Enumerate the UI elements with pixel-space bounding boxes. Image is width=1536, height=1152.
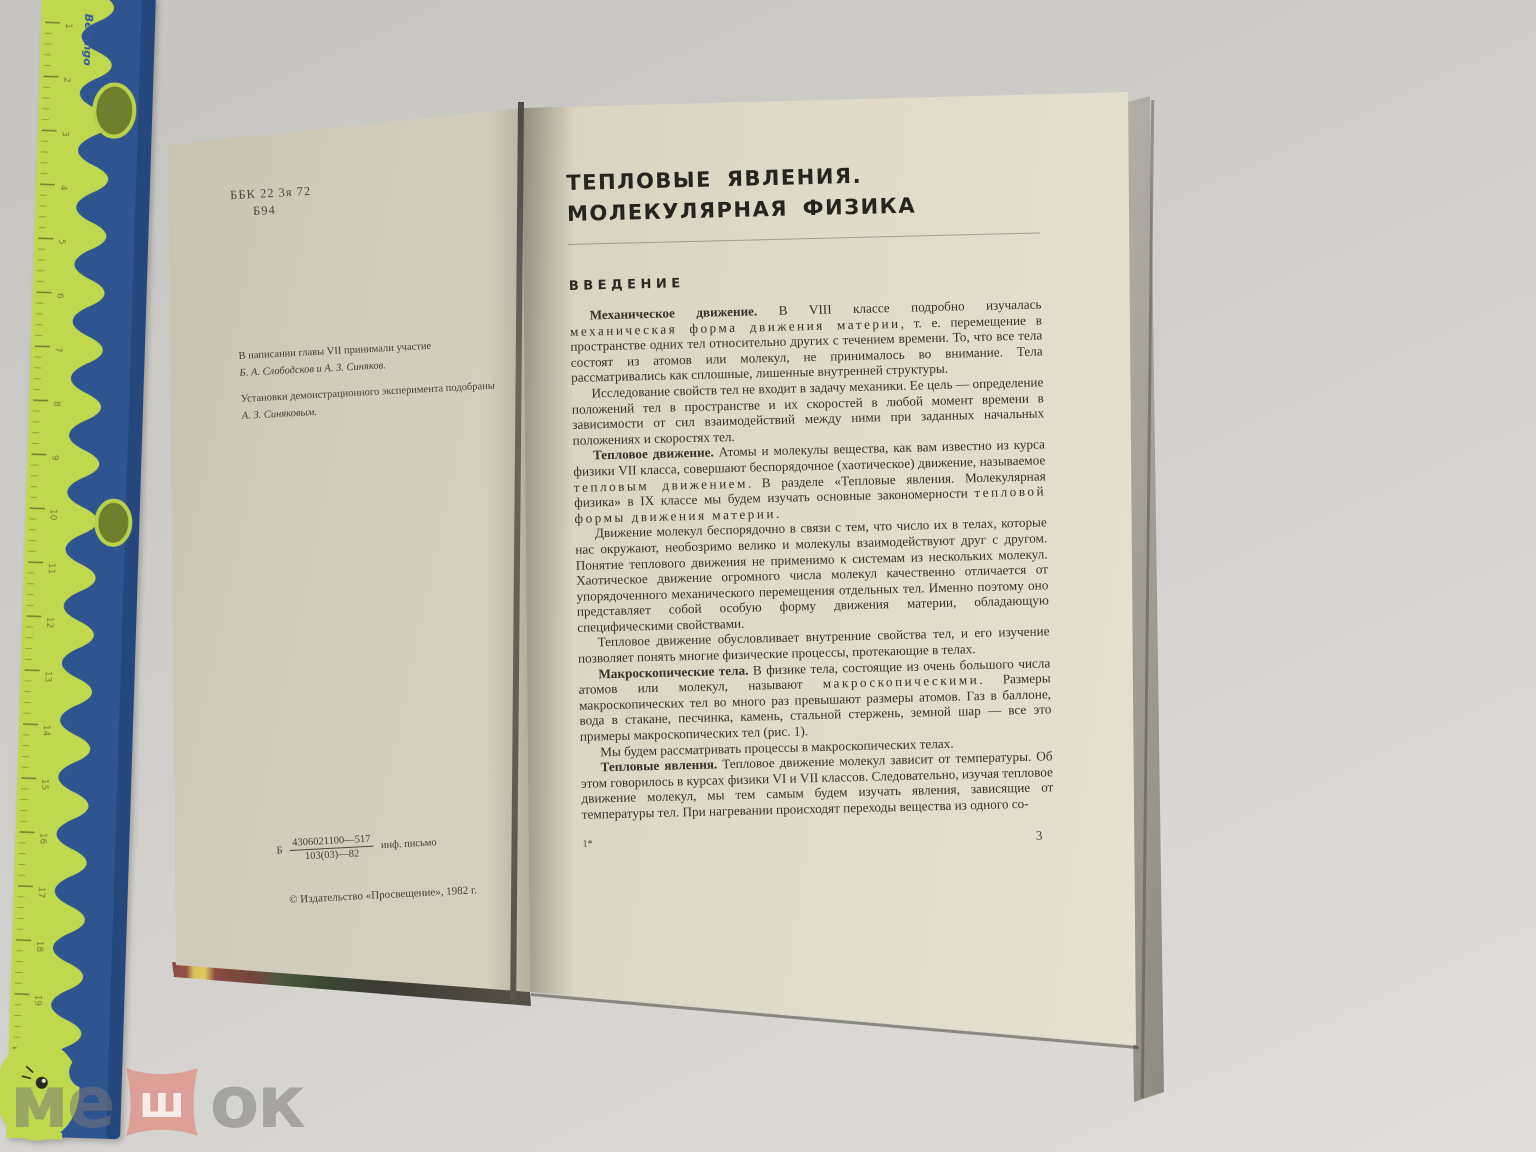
photo-scene: ББК 22 3я 72 Б94 В написании главы VII п… bbox=[0, 0, 1536, 1152]
paragraph: Движение молекул беспорядочно в связи с … bbox=[575, 515, 1050, 636]
watermark-bag-letter: ш bbox=[139, 1078, 185, 1128]
right-page-gutter-shade bbox=[522, 88, 574, 1050]
right-page-paragraph-list: Механическое движение. В VIII классе под… bbox=[569, 296, 1053, 822]
bbk-line2: Б94 bbox=[253, 201, 313, 219]
watermark-text-right: ок bbox=[210, 1054, 304, 1150]
right-page: ТЕПЛОВЫЕ ЯВЛЕНИЯ. МОЛЕКУЛЯРНАЯ ФИЗИКА ВВ… bbox=[522, 88, 1140, 1050]
imprint-block: Б 4306021100—517 103(03)—82 инф. письмо bbox=[276, 830, 437, 863]
bbk-line1: ББК 22 3я 72 bbox=[230, 184, 312, 203]
ruler-scale-number: 2 bbox=[61, 77, 71, 83]
paragraph: Тепловые явления. Тепловое движение моле… bbox=[580, 749, 1053, 823]
text-run: Движение молекул беспорядочно в связи с … bbox=[575, 515, 1049, 635]
ruler-brand-label: Berlingo bbox=[81, 14, 96, 67]
text-run: . bbox=[776, 506, 780, 521]
ruler-scale-number: 8 bbox=[51, 401, 61, 407]
ruler-scale-number: 13 bbox=[42, 671, 52, 683]
ruler-scale-number: 4 bbox=[58, 185, 68, 191]
copyright-line: © Издательство «Просвещение», 1982 г. bbox=[289, 884, 477, 906]
bbk-stamp: ББК 22 3я 72 Б94 bbox=[230, 184, 313, 220]
paragraph: Тепловое движение. Атомы и молекулы веще… bbox=[573, 437, 1047, 526]
chapter-title: ТЕПЛОВЫЕ ЯВЛЕНИЯ. МОЛЕКУЛЯРНАЯ ФИЗИКА bbox=[566, 156, 1039, 230]
watermark-text-left: ме bbox=[10, 1054, 114, 1150]
ruler-scale-number: 15 bbox=[39, 779, 49, 791]
section-heading: ВВЕДЕНИЕ bbox=[569, 267, 1041, 294]
watermark: ме ш ок bbox=[10, 1052, 304, 1152]
ruler-scale-number: 5 bbox=[56, 239, 66, 245]
page-footer: 1* 3 bbox=[582, 827, 1054, 855]
paragraph: Макроскопические тела. В физике тела, со… bbox=[578, 655, 1052, 744]
watermark-bag-icon: ш bbox=[115, 1055, 209, 1149]
right-page-content: ТЕПЛОВЫЕ ЯВЛЕНИЯ. МОЛЕКУЛЯРНАЯ ФИЗИКА ВВ… bbox=[566, 156, 1055, 854]
imprint-fraction: 4306021100—517 103(03)—82 bbox=[289, 834, 375, 863]
ruler-scale-number: 14 bbox=[41, 725, 51, 737]
ruler-scale-number: 18 bbox=[34, 940, 44, 952]
ruler: 1234567891011121314151617181920 Berlingo bbox=[0, 0, 164, 1146]
paragraph: Исследование свойств тел не входит в зад… bbox=[571, 374, 1044, 448]
text-run: Исследование свойств тел не входит в зад… bbox=[572, 374, 1045, 447]
ruler-scale-number: 16 bbox=[37, 833, 47, 845]
ruler-hole bbox=[94, 84, 136, 137]
ruler-scale-number: 11 bbox=[46, 563, 56, 575]
ruler-scale-number: 1 bbox=[63, 23, 73, 29]
ruler-scale-number: 7 bbox=[53, 347, 63, 353]
page-number: 3 bbox=[1036, 827, 1043, 843]
imprint-suffix: инф. письмо bbox=[381, 837, 437, 851]
ruler-scale-number: 9 bbox=[49, 455, 59, 461]
ruler-scale-number: 12 bbox=[44, 617, 54, 629]
ruler-scale-number: 3 bbox=[59, 131, 69, 137]
imprint-prefix: Б bbox=[276, 845, 283, 856]
left-page: ББК 22 3я 72 Б94 В написании главы VII п… bbox=[168, 108, 534, 1010]
ruler-scale-number: 6 bbox=[54, 293, 64, 299]
ruler-scale-number: 17 bbox=[36, 887, 46, 899]
ruler-scale-number: 10 bbox=[47, 509, 57, 521]
ruler-scale-number: 19 bbox=[32, 994, 42, 1006]
title-rule bbox=[568, 232, 1040, 245]
signature-mark: 1* bbox=[582, 838, 592, 854]
ruler-hole bbox=[96, 500, 131, 545]
paragraph: Механическое движение. В VIII классе под… bbox=[569, 296, 1043, 385]
